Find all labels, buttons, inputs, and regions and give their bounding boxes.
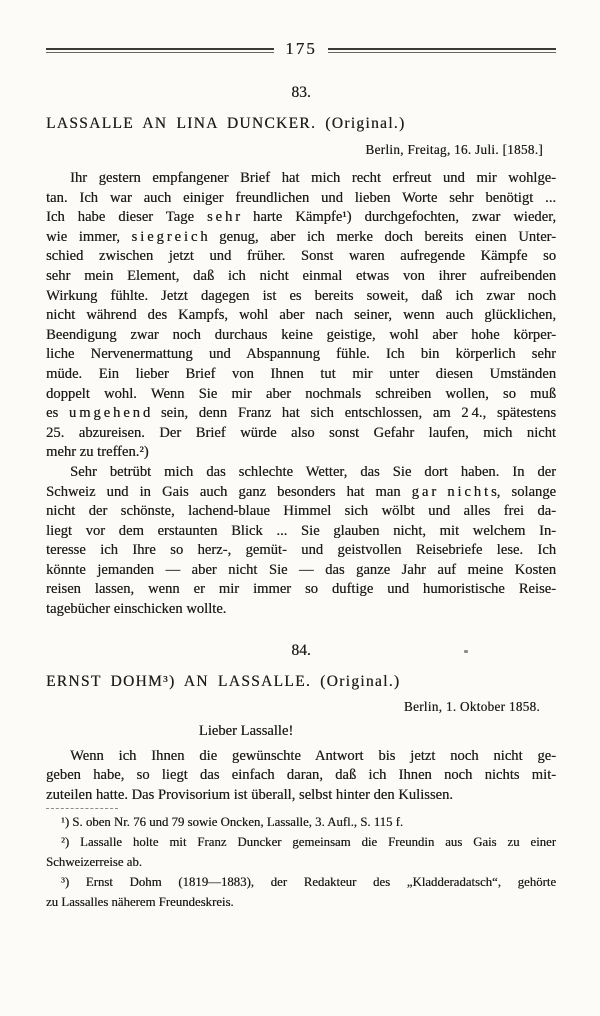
letter-83-dateline: Berlin, Freitag, 16. Juli. [1858.] <box>46 142 556 158</box>
text-line: ³) Ernst Dohm (1819—1883), der Redakteur… <box>46 873 556 893</box>
text-line: zu Lassalles näherem Freundeskreis. <box>46 893 556 913</box>
text-line: sehr mein Element, daß ich nicht einmal … <box>46 267 556 287</box>
text-line: doppelt wohl. Wenn Sie mir aber nochmals… <box>46 385 556 405</box>
text-line: mehr zu treffen.²) <box>46 443 556 463</box>
page-number: 175 <box>285 39 317 59</box>
footnote-separator <box>46 808 118 809</box>
text-line: tagebücher einschicken wollte. <box>46 600 556 620</box>
text-line: müde. Ein lieber Brief von Ihnen tut mir… <box>46 365 556 385</box>
text-line: tan. Ich war auch einiger freundlichen u… <box>46 189 556 209</box>
text-line: ²) Lassalle holte mit Franz Duncker geme… <box>46 833 556 853</box>
text-line: liegt vor dem erstaunten Blick ... Sie g… <box>46 522 556 542</box>
text-line: teresse ich Ihre so herz-, gemüt- und ge… <box>46 541 556 561</box>
text-line: liche Nervenermattung und Abspannung füh… <box>46 345 556 365</box>
paragraph: Ihr gestern empfangener Brief hat mich r… <box>46 169 556 463</box>
text-line: könnte jemanden — aber nicht Sie — das g… <box>46 561 556 581</box>
footnote-2: ²) Lassalle holte mit Franz Duncker geme… <box>46 833 556 873</box>
letter-84-heading: ERNST DOHM³) AN LASSALLE. (Original.) <box>46 673 556 691</box>
section-number-83: 83. <box>46 84 556 102</box>
text-line: geben habe, so liegt das einfach daran, … <box>46 766 556 786</box>
text-line: Sehr betrübt mich das schlechte Wetter, … <box>46 463 556 483</box>
text-line: Schweizerreise ab. <box>46 853 556 873</box>
text-line: Schweiz und in Gais auch ganz besonders … <box>46 483 556 503</box>
header-rule-right <box>328 48 556 53</box>
text-line: zuteilen hatte. Das Provisorium ist über… <box>46 786 556 806</box>
text-line: Wenn ich Ihnen die gewünschte Antwort bi… <box>46 747 556 767</box>
text-line: wie immer, s i e g r e i c h genug, aber… <box>46 228 556 248</box>
text-line: schied zwischen jetzt und früher. Sonst … <box>46 247 556 267</box>
footnote-3: ³) Ernst Dohm (1819—1883), der Redakteur… <box>46 873 556 913</box>
header-rule-left <box>46 48 274 53</box>
letter-84-dateline: Berlin, 1. Oktober 1858. <box>46 699 556 715</box>
letter-83-body: Ihr gestern empfangener Brief hat mich r… <box>46 169 556 620</box>
scanned-book-page: { "page": { "number": "175", "colors": {… <box>0 0 600 1016</box>
section-number-84: 84. <box>46 642 556 660</box>
text-line: 25. abzureisen. Der Brief würde also son… <box>46 424 556 444</box>
text-line: ¹) S. oben Nr. 76 und 79 sowie Oncken, L… <box>46 813 556 833</box>
letter-84-body: Wenn ich Ihnen die gewünschte Antwort bi… <box>46 747 556 806</box>
footnotes-block: ¹) S. oben Nr. 76 und 79 sowie Oncken, L… <box>46 813 556 912</box>
letter-83-heading: LASSALLE AN LINA DUNCKER. (Original.) <box>46 115 556 133</box>
text-line: Ihr gestern empfangener Brief hat mich r… <box>46 169 556 189</box>
text-line: es u m g e h e n d sein, denn Franz hat … <box>46 404 556 424</box>
running-head: 175 <box>46 40 556 60</box>
text-line: nicht der schönste, lachend-blaue Himmel… <box>46 502 556 522</box>
text-line: Wirkung fühlte. Jetzt dagegen ist es ber… <box>46 287 556 307</box>
ink-speck <box>464 650 468 653</box>
text-line: nicht während des Kampfs, wohl aber nach… <box>46 306 556 326</box>
page: 175 83. LASSALLE AN LINA DUNCKER. (Origi… <box>0 40 600 912</box>
letter-84-salutation: Lieber Lassalle! <box>46 723 556 740</box>
paragraph: Sehr betrübt mich das schlechte Wetter, … <box>46 463 556 620</box>
paragraph: Wenn ich Ihnen die gewünschte Antwort bi… <box>46 747 556 806</box>
text-line: Beendigung zwar noch durchaus keine geis… <box>46 326 556 346</box>
text-line: reisen lassen, wenn er mir immer so duft… <box>46 580 556 600</box>
footnote-1: ¹) S. oben Nr. 76 und 79 sowie Oncken, L… <box>46 813 556 833</box>
text-line: Ich habe dieser Tage s e h r harte Kämpf… <box>46 208 556 228</box>
